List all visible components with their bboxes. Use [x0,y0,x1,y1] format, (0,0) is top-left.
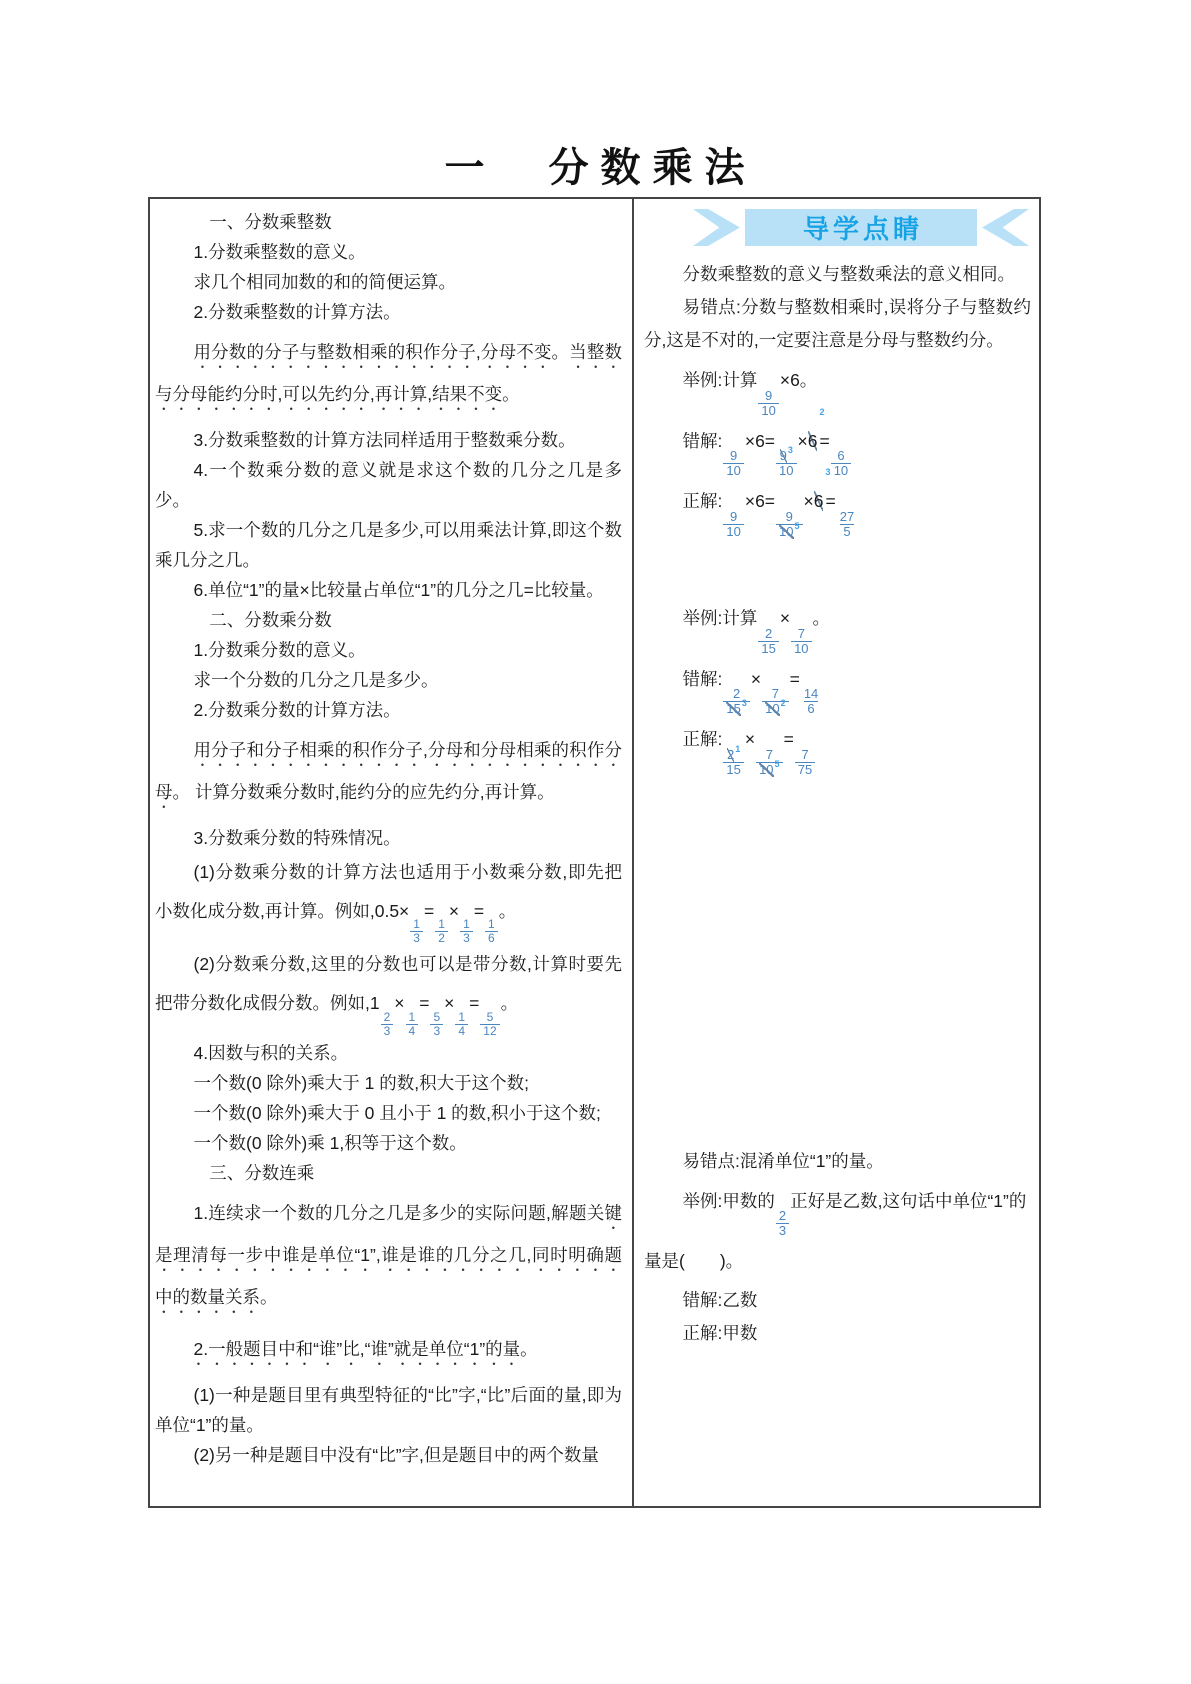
paragraph: 易错点:分数与整数相乘时,误将分子与整数约分,这是不对的,一定要注意是分母与整数… [644,291,1031,357]
section-heading: 一、分数乘整数 [155,207,622,237]
paragraph: 用分子和分子相乘的积作分子,分母和分母相乘的积作分母。 计算分数乘分数时,能约分… [155,729,622,813]
fraction: 13 [410,918,423,945]
text: 1.分数乘整数的意义。 [194,242,366,262]
text: 三、分数连乘 [209,1163,314,1183]
text: = [819,431,829,451]
text: × [780,608,790,628]
text: = [825,491,835,511]
paragraph: 4.一个数乘分数的意义就是求这个数的几分之几是多少。 [155,455,622,515]
fraction: 14 [406,1011,419,1038]
paragraph: 用分数的分子与整数相乘的积作分子,分母不变。当整数与分母能约分时,可以先约分,再… [155,331,622,415]
paragraph: 正解:甲数 [644,1317,1031,1350]
paragraph: 求几个相同加数的和的简便运算。 [155,267,622,297]
fraction: 910 [723,449,743,478]
fraction: 146 [801,687,821,716]
text: 正解: [683,491,723,511]
text: 4.因数与积的关系。 [194,1043,349,1063]
fraction: 16 [485,918,498,945]
text: 易错点:分数与整数相乘时,误将分子与整数约分,这是不对的,一定要注意是分母与整数… [644,297,1031,350]
text: × [394,993,404,1013]
paragraph: (1)一种是题目里有典型特征的“比”字,“比”后面的量,即为单位“1”的量。 [155,1380,622,1440]
fraction: 610 [831,449,851,478]
formula-paragraph: 正解:2115×7105=775 [644,716,1031,777]
fraction: 2115 [723,748,743,777]
formula-paragraph: 举例:甲数的23正好是乙数,这句话中单位“1”的量是( )。 [644,1178,1031,1285]
text: 求一个分数的几分之几是多少。 [194,670,439,690]
paragraph: 2.一般题目中和“谁”比,“谁”就是单位“1”的量。 [155,1328,622,1370]
fraction: 7102 [762,687,788,716]
text: 易错点:混淆单位“1”的量。 [683,1151,884,1171]
fraction: 23 [381,1011,394,1038]
paragraph: 5.求一个数的几分之几是多少,可以用乘法计算,即这个数乘几分之几。 [155,515,622,575]
chevron-right-icon [693,209,740,246]
formula-paragraph: 举例:计算215×710。 [644,595,1031,656]
text: = [469,993,479,1013]
paragraph: 分数乘整数的意义与整数乘法的意义相同。 [644,258,1031,291]
paragraph: (2)另一种是题目中没有“比”字,但是题目中的两个数量 [155,1440,622,1470]
right-column: 导学点睛 分数乘整数的意义与整数乘法的意义相同。易错点:分数与整数相乘时,误将分… [632,199,1039,1506]
paragraph: 错解:乙数 [644,1284,1031,1317]
paragraph: 3.分数乘整数的计算方法同样适用于整数乘分数。 [155,425,622,455]
text: 正解:甲数 [683,1323,758,1343]
fraction: 7105 [756,748,782,777]
text: 计算分数乘分数时,能约分的应先约分,再计算。 [190,782,555,802]
text: 正解: [683,729,723,749]
text: 。 [813,608,831,628]
text: ×6。 [780,370,817,390]
text: 错解: [683,669,723,689]
text: 举例:甲数的 [683,1191,775,1211]
paragraph: 求一个分数的几分之几是多少。 [155,665,622,695]
text: (2)分数乘分数,这里的分数也可以是带分数,计算时要先把带分数化成假分数。例如, [155,954,622,1013]
text: 5.求一个数的几分之几是多少,可以用乘法计算,即这个数乘几分之几。 [155,520,622,570]
left-column: 一、分数乘整数1.分数乘整数的意义。求几个相同加数的和的简便运算。2.分数乘整数… [150,199,632,1506]
text: 求几个相同加数的和的简便运算。 [194,272,457,292]
text: (1)分数乘分数的计算方法也适用于小数乘分数,即先把小数化成分数,再计算。例如,… [155,862,622,921]
section-heading: 三、分数连乘 [155,1158,622,1188]
text: 3.分数乘分数的特殊情况。 [194,828,401,848]
formula-paragraph: 错解:2153×7102=146 [644,656,1031,717]
guide-banner: 导学点睛 [693,209,1029,246]
fraction: 13 [460,918,473,945]
fraction: 215 [758,627,778,656]
paragraph: 2.分数乘分数的计算方法。 [155,695,622,725]
text: × [798,431,808,451]
text: 一个数(0 除外)乘大于 1 的数,积大于这个数; [194,1073,529,1093]
formula-paragraph: 正解:910×6=9105×63=275 [644,478,1031,539]
right-group-2: 举例:计算215×710。错解:2153×7102=146正解:2115×710… [644,595,1031,777]
right-group-3: 易错点:混淆单位“1”的量。举例:甲数的23正好是乙数,这句话中单位“1”的量是… [644,1145,1031,1351]
text: 一个数(0 除外)乘大于 0 且小于 1 的数,积小于这个数; [194,1103,601,1123]
text: 错解:乙数 [683,1290,758,1310]
text: × [449,901,459,921]
fraction: 275 [837,510,857,539]
paragraph: 一个数(0 除外)乘 1,积等于这个数。 [155,1128,622,1158]
text: 错解: [683,431,723,451]
fraction: 512 [480,1011,499,1038]
paragraph: 1.分数乘分数的意义。 [155,635,622,665]
text: × [804,491,814,511]
text: 。 [499,901,517,921]
section-heading: 二、分数乘分数 [155,605,622,635]
text: (2)另一种是题目中没有“比”字,但是题目中的两个数量 [194,1445,599,1465]
text: = [474,901,484,921]
paragraph: 1.连续求一个数的几分之几是多少的实际问题,解题关键是理清每一步中谁是单位“1”… [155,1192,622,1318]
cancelled-number: 63 [814,478,826,524]
text: 举例:计算 [683,370,758,390]
text: 1.分数乘分数的意义。 [194,640,366,660]
fraction: 14 [455,1011,468,1038]
cancelled-number: 62 [808,418,820,464]
text: = [790,669,800,689]
text: 1.连续求一个数的几分之几是多少的实际问题,解题关 [194,1203,605,1223]
text: 。 [501,993,519,1013]
text: × [745,729,755,749]
paragraph: 3.分数乘分数的特殊情况。 [155,823,622,853]
fraction: 23 [776,1209,789,1238]
banner-title: 导学点睛 [745,209,977,246]
text: 一个数(0 除外)乘 1,积等于这个数。 [194,1133,467,1153]
paragraph: 一个数(0 除外)乘大于 1 的数,积大于这个数; [155,1068,622,1098]
text: 3.分数乘整数的计算方法同样适用于整数乘分数。 [194,430,576,450]
text: 2.分数乘分数的计算方法。 [194,700,401,720]
fraction: 710 [791,627,811,656]
text: ×6= [745,431,775,451]
text: 分数乘整数的意义与整数乘法的意义相同。 [683,264,1016,284]
paragraph: 2.分数乘整数的计算方法。 [155,297,622,327]
text: × [444,993,454,1013]
formula-paragraph: (2)分数乘分数,这里的分数也可以是带分数,计算时要先把带分数化成假分数。例如,… [155,945,622,1037]
fraction: 9310 [776,449,796,478]
fraction: 775 [795,748,815,777]
page-title: 一 分数乘法 [148,136,1041,193]
formula-paragraph: (1)分数乘分数的计算方法也适用于小数乘分数,即先把小数化成分数,再计算。例如,… [155,853,622,945]
paragraph: 4.因数与积的关系。 [155,1038,622,1068]
chevron-left-icon [982,209,1029,246]
fraction: 9105 [776,510,802,539]
paragraph: 易错点:混淆单位“1”的量。 [644,1145,1031,1178]
fraction: 910 [723,510,743,539]
right-group-1: 分数乘整数的意义与整数乘法的意义相同。易错点:分数与整数相乘时,误将分子与整数约… [644,258,1031,539]
fraction: 2153 [723,687,749,716]
text: = [784,729,794,749]
formula-paragraph: 举例:计算910×6。 [644,357,1031,418]
content-box: 一、分数乘整数1.分数乘整数的意义。求几个相同加数的和的简便运算。2.分数乘整数… [148,197,1041,1508]
paragraph: 1.分数乘整数的意义。 [155,237,622,267]
text: 6.单位“1”的量×比较量占单位“1”的几分之几=比较量。 [194,580,604,600]
fraction: 53 [430,1011,443,1038]
text: = [419,993,429,1013]
paragraph: 一个数(0 除外)乘大于 0 且小于 1 的数,积小于这个数; [155,1098,622,1128]
emphasized-text: 用分数的分子与整数相乘的积作分子,分母不变。当整数与分母能约分时,可以先约分,再… [155,342,622,404]
text: (1)一种是题目里有典型特征的“比”字,“比”后面的量,即为单位“1”的量。 [155,1385,622,1435]
text: 一、分数乘整数 [209,212,332,232]
text: 4.一个数乘分数的意义就是求这个数的几分之几是多少。 [155,460,622,510]
fraction: 910 [758,389,778,418]
text: 二、分数乘分数 [209,610,332,630]
text: × [751,669,761,689]
text: 2.分数乘整数的计算方法。 [194,302,401,322]
emphasized-text: 2.一般题目中和“谁”比,“谁”就是单位“1”的量。 [194,1339,538,1359]
text: 举例:计算 [683,608,758,628]
paragraph: 6.单位“1”的量×比较量占单位“1”的几分之几=比较量。 [155,575,622,605]
formula-paragraph: 错解:910×6=9310×62=610 [644,418,1031,479]
fraction: 12 [435,918,448,945]
text: ×6= [745,491,775,511]
mixed-number-whole: 1 [370,993,380,1013]
text: = [424,901,434,921]
